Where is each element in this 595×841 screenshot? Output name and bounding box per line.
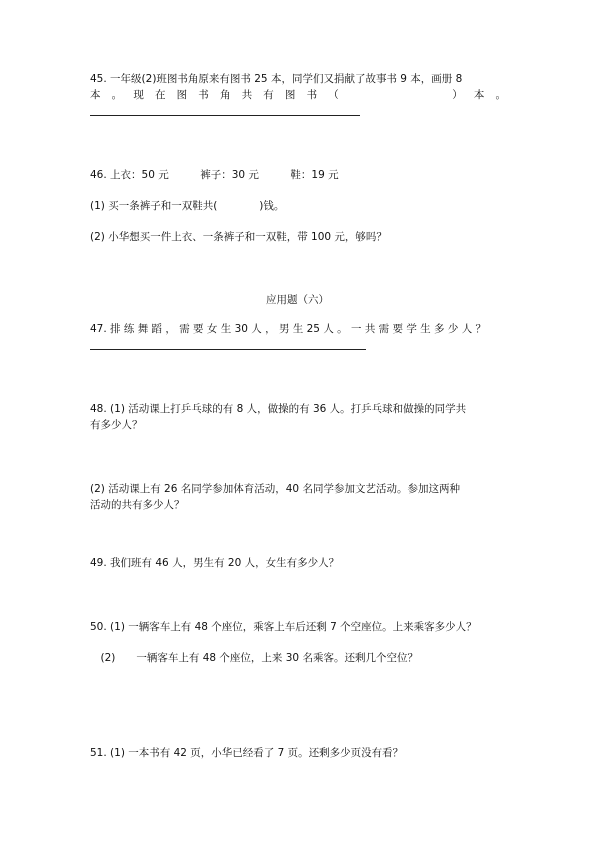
q45-word: 图 bbox=[285, 88, 296, 102]
q45-word: 书 bbox=[307, 88, 318, 102]
q45-word: 本 bbox=[474, 88, 485, 102]
q50-sub2: (2) 一辆客车上有 48 个座位，上来 30 名乘客。还剩几个空位？ bbox=[90, 651, 418, 665]
q45-word: 本 bbox=[90, 88, 101, 102]
q47-text: 47. 排 练 舞 蹈 ， 需 要 女 生 30 人 ， 男 生 25 人 。 … bbox=[90, 322, 486, 336]
q45-word: 。 bbox=[496, 88, 507, 102]
q45-blank bbox=[350, 88, 390, 102]
q45-word: 现 bbox=[133, 88, 144, 102]
q49-text: 49. 我们班有 46 人，男生有 20 人，女生有多少人？ bbox=[90, 556, 339, 570]
q45-word: 共 bbox=[242, 88, 253, 102]
q46-sub1: (1) 买一条裤子和一双鞋共( )钱。 bbox=[90, 199, 284, 213]
q45-word: 书 bbox=[198, 88, 209, 102]
section-title: 应用题（六） bbox=[0, 292, 595, 307]
q45-word: ） bbox=[452, 88, 463, 102]
q47-answer-line bbox=[90, 349, 366, 350]
q51-sub1: 51. (1) 一本书有 42 页，小华已经看了 7 页。还剩多少页没有看？ bbox=[90, 746, 403, 760]
q48-sub1-line1: 48. (1) 活动课上打乒乓球的有 8 人，做操的有 36 人。打乒乓球和做操… bbox=[90, 402, 466, 416]
q48-sub2-line2: 活动的共有多少人？ bbox=[90, 498, 185, 512]
q45-line2: 本 。 现 在 图 书 角 共 有 图 书 （ ） 本 。 bbox=[90, 88, 506, 102]
q45-blank bbox=[401, 88, 441, 102]
q45-word: 。 bbox=[112, 88, 123, 102]
q45-line1: 45. 一年级(2)班图书角原来有图书 25 本，同学们又捐献了故事书 9 本，… bbox=[90, 72, 462, 86]
q46-sub2: (2) 小华想买一件上衣、一条裤子和一双鞋，带 100 元，够吗？ bbox=[90, 230, 387, 244]
q48-sub2-line1: (2) 活动课上有 26 名同学参加体育活动，40 名同学参加文艺活动。参加这两… bbox=[90, 482, 460, 496]
q45-word: 有 bbox=[263, 88, 274, 102]
q45-word: 在 bbox=[155, 88, 166, 102]
q45-word: 图 bbox=[177, 88, 188, 102]
q45-word: 角 bbox=[220, 88, 231, 102]
q48-sub1-line2: 有多少人？ bbox=[90, 418, 143, 432]
q45-word: （ bbox=[328, 88, 339, 102]
q45-answer-line bbox=[90, 115, 360, 116]
q50-sub1: 50. (1) 一辆客车上有 48 个座位，乘客上车后还剩 7 个空座位。上来乘… bbox=[90, 620, 477, 634]
q46-prices: 46. 上衣：50 元 裤子：30 元 鞋：19 元 bbox=[90, 168, 339, 182]
